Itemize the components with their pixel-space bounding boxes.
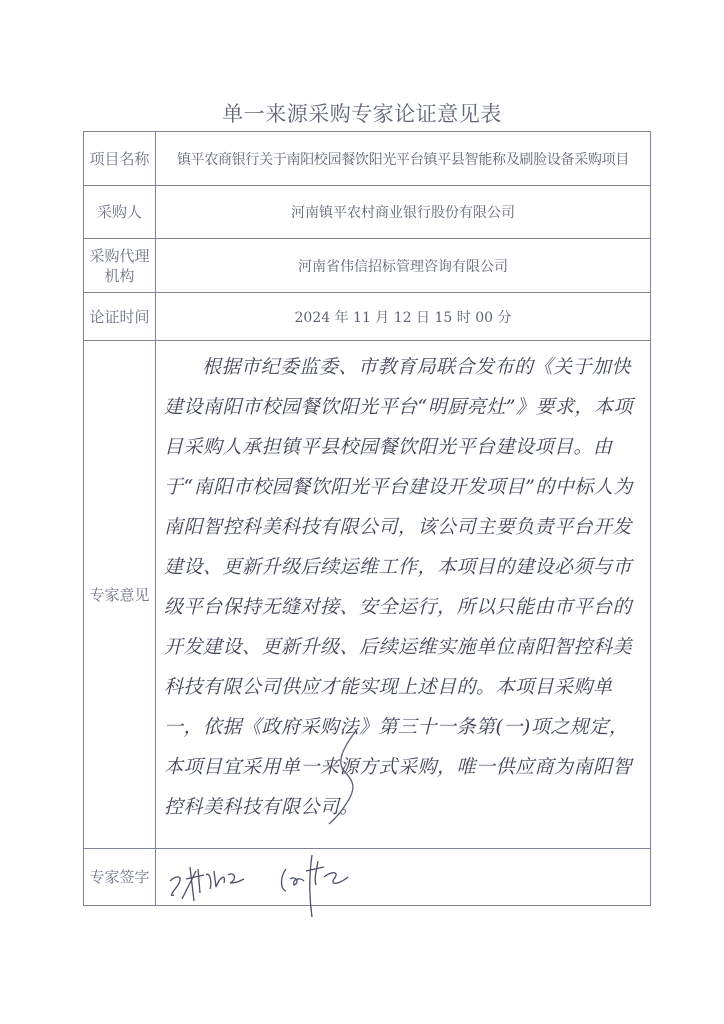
expert-opinion-form-table: 项目名称 镇平农商银行关于南阳校园餐饮阳光平台镇平县智能称及刷脸设备采购项目 采… (83, 131, 651, 906)
purchaser-label: 采购人 (84, 186, 156, 239)
project-name-value: 镇平农商银行关于南阳校园餐饮阳光平台镇平县智能称及刷脸设备采购项目 (156, 132, 651, 186)
signature-1 (164, 853, 254, 903)
agency-value: 河南省伟信招标管理咨询有限公司 (156, 239, 651, 293)
project-name-label: 项目名称 (84, 132, 156, 186)
row-review-time: 论证时间 2024 年 11 月 12 日 15 时 00 分 (84, 293, 651, 341)
agency-label-line2: 机构 (84, 266, 155, 286)
handwritten-s-stroke-mark (326, 726, 366, 826)
row-agency: 采购代理 机构 河南省伟信招标管理咨询有限公司 (84, 239, 651, 293)
expert-signature-label: 专家签字 (84, 849, 156, 906)
expert-opinion-cell: 根据市纪委监委、市教育局联合发布的《关于加快建设南阳市校园餐饮阳光平台“明厨亮灶… (156, 341, 651, 849)
row-expert-opinion: 专家意见 根据市纪委监委、市教育局联合发布的《关于加快建设南阳市校园餐饮阳光平台… (84, 341, 651, 849)
expert-opinion-handwritten-text: 根据市纪委监委、市教育局联合发布的《关于加快建设南阳市校园餐饮阳光平台“明厨亮灶… (164, 347, 644, 827)
row-purchaser: 采购人 河南镇平农村商业银行股份有限公司 (84, 186, 651, 239)
row-project-name: 项目名称 镇平农商银行关于南阳校园餐饮阳光平台镇平县智能称及刷脸设备采购项目 (84, 132, 651, 186)
signature-2 (278, 849, 378, 919)
row-expert-signature: 专家签字 (84, 849, 651, 906)
purchaser-value: 河南镇平农村商业银行股份有限公司 (156, 186, 651, 239)
page-title: 单一来源采购专家论证意见表 (0, 98, 724, 128)
expert-opinion-label: 专家意见 (84, 341, 156, 849)
review-time-label: 论证时间 (84, 293, 156, 341)
agency-label-line1: 采购代理 (84, 246, 155, 266)
agency-label: 采购代理 机构 (84, 239, 156, 293)
review-time-value: 2024 年 11 月 12 日 15 时 00 分 (156, 293, 651, 341)
expert-signature-cell (156, 849, 651, 906)
